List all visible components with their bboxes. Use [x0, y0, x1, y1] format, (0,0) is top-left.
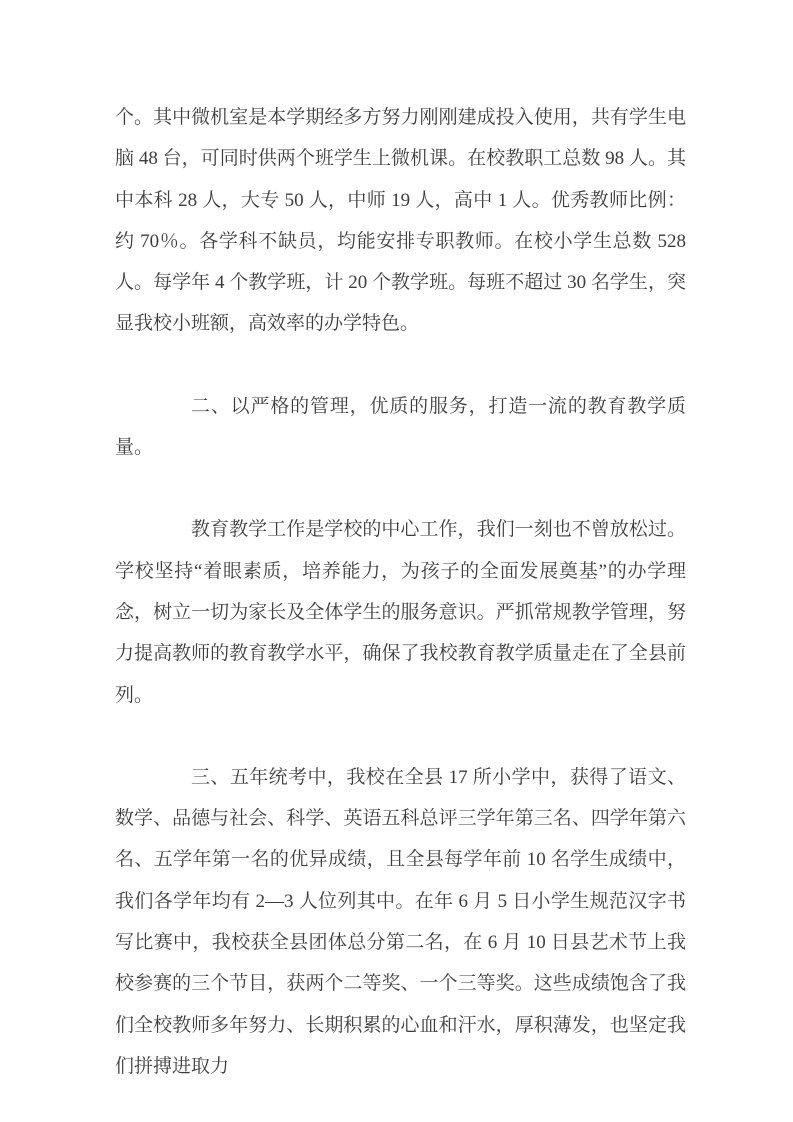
section-heading: 二、以严格的管理，优质的服务，打造一流的教育教学质量。 [115, 386, 686, 469]
body-paragraph-continuation: 个。其中微机室是本学期经多方努力刚刚建成投入使用，共有学生电脑 48 台，可同时… [115, 97, 686, 345]
body-paragraph: 三、五年统考中，我校在全县 17 所小学中，获得了语文、数学、品德与社会、科学、… [115, 757, 686, 1087]
document-content: 个。其中微机室是本学期经多方努力刚刚建成投入使用，共有学生电脑 48 台，可同时… [115, 97, 686, 1122]
body-paragraph: 教育教学工作是学校的中心工作，我们一刻也不曾放松过。学校坚持“着眼素质，培养能力… [115, 509, 686, 715]
document-page: 个。其中微机室是本学期经多方努力刚刚建成投入使用，共有学生电脑 48 台，可同时… [0, 0, 793, 1122]
